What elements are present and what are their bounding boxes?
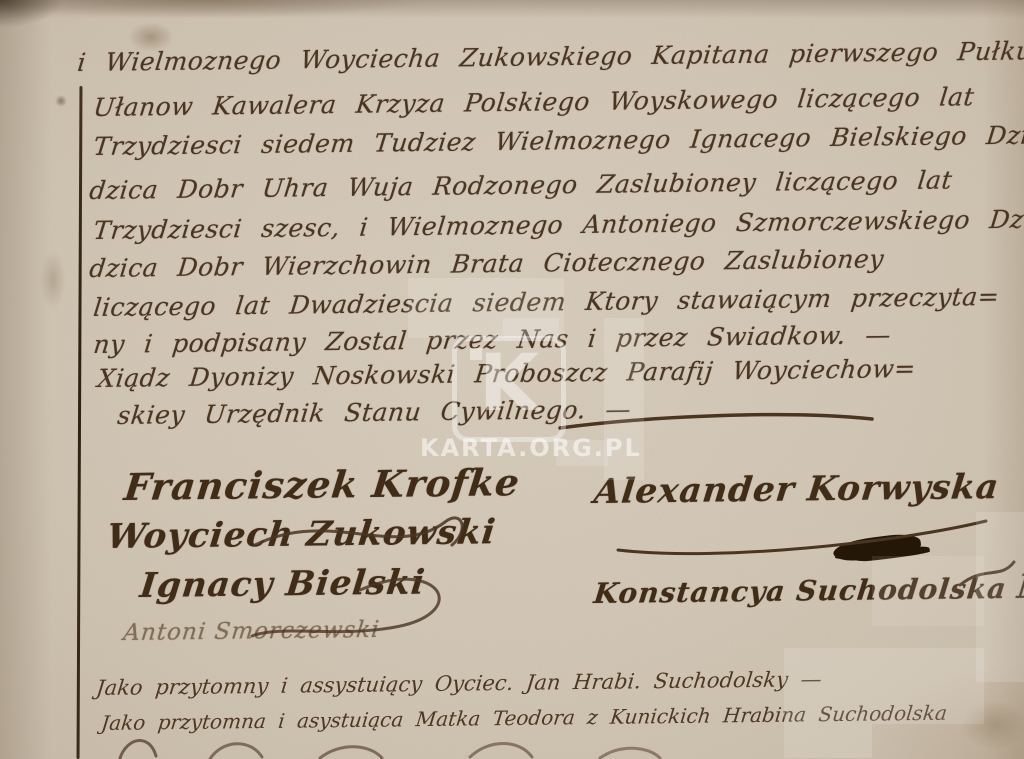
record-line: i Wielmoznego Woyciecha Zukowskiego Kapi… [76,36,1024,77]
signature-groom: Alexander Korwyska [592,467,1001,512]
record-line: Trzydziesci szesc, i Wielmoznego Antonie… [92,204,1024,245]
record-line: dzica Dobr Wierzchowin Brata Ciotecznego… [88,244,886,283]
signature-bride-name: Konstancya Suchodolska [592,572,1008,610]
margin-rule [77,86,83,759]
record-line: Xiądz Dyonizy Noskowski Proboszcz Parafi… [96,354,917,393]
watermark-site-text: KARTA.ORG.PL [420,434,642,462]
attestation-mother: Jako przytomna i asystuiąca Matka Teodor… [100,701,948,735]
signature-witness-2: Woyciech Zukowski [105,512,498,557]
attestation-father: Jako przytomny i assystuiący Oyciec. Jan… [95,667,823,700]
signature-witness-4: Antoni Smorczewski [122,617,381,646]
signature-bride: Konstancya Suchodolska Major [592,565,1024,611]
record-line: ny i podpisany Zostal przez Nas i przez … [92,320,893,359]
paper-stain [40,250,66,310]
signature-witness-3: Ignacy Bielski [138,563,427,606]
paper-stain [960,700,1024,750]
scanned-record-page: i Wielmoznego Woyciecha Zukowskiego Kapi… [0,0,1024,759]
ink-blot [832,532,922,564]
record-line: dzica Dobr Uhra Wuja Rodzonego Zaslubion… [88,165,954,205]
signature-rank: Major [1015,565,1024,605]
signature-witness-1: Franciszek Krofke [122,460,522,509]
watermark-patch [556,440,608,466]
paper-stain [55,95,67,107]
record-line: skiey Urzędnik Stanu Cywilnego. — [116,395,633,430]
record-line: liczącego lat Dwadziescia siedem Ktory s… [92,282,1001,322]
record-line: Ułanow Kawalera Krzyza Polskiego Woyskow… [92,82,976,122]
record-line: Trzydziesci siedem Tudziez Wielmoznego I… [92,120,1024,161]
